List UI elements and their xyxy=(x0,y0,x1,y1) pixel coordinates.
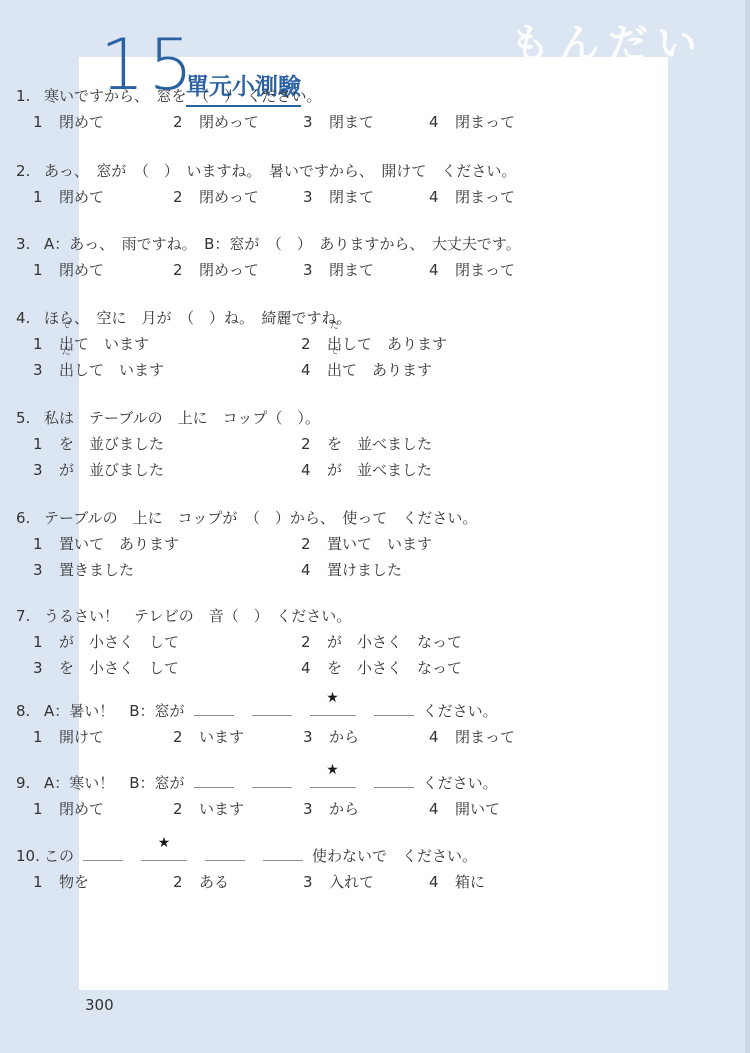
question-5-options: 1を 並びました 2を 並べました 3が 並びました 4が 並べました xyxy=(33,431,730,483)
question-text: 私は テーブルの 上に コップ（ ）。 xyxy=(44,409,320,427)
option-number: 3 xyxy=(303,184,329,210)
furigana: で xyxy=(62,322,71,331)
question-2: 2.あっ、 窓が （ ） いますね。 暑いですから、 開けて ください。 1閉め… xyxy=(16,158,730,210)
question-10-options: 1物を 2ある 3入れて 4箱に xyxy=(33,869,730,895)
option-2: 2ある xyxy=(173,869,303,895)
option-number: 2 xyxy=(301,431,327,457)
question-9-options: 1閉めて 2います 3から 4開いて xyxy=(33,796,730,822)
option-number: 1 xyxy=(33,109,59,135)
option-1: 1閉めて xyxy=(33,257,173,283)
question-6-options: 1置いて あります 2置いて います 3置きました 4置けました xyxy=(33,531,730,583)
star-icon: ★ xyxy=(158,830,171,856)
option-2: 2置いて います xyxy=(301,531,730,557)
option-1: 1閉めて xyxy=(33,184,173,210)
option-number: 4 xyxy=(429,796,455,822)
question-9-stem: 9.A：寒い！ B：窓が★ください。 xyxy=(16,770,730,796)
option-number: 4 xyxy=(301,655,327,681)
question-text: A：暑い！ B：窓が xyxy=(44,702,185,720)
option-number: 2 xyxy=(173,869,199,895)
option-number: 1 xyxy=(33,531,59,557)
option-number: 3 xyxy=(33,457,59,483)
option-number: 4 xyxy=(429,869,455,895)
option-number: 1 xyxy=(33,184,59,210)
option-number: 2 xyxy=(173,796,199,822)
question-text: A：寒い！ B：窓が xyxy=(44,774,185,792)
option-text: 閉まて xyxy=(329,261,374,279)
kanji-base: 出 xyxy=(59,361,74,379)
question-10-stem: 10.この★使わないで ください。 xyxy=(16,843,730,869)
question-number: 2. xyxy=(16,158,44,184)
question-text: テーブルの 上に コップが （ ）から、 使って ください。 xyxy=(44,509,477,527)
option-number: 3 xyxy=(303,109,329,135)
option-text: 閉まて xyxy=(329,188,374,206)
answer-blank-3-starred: ★ xyxy=(310,702,356,716)
option-number: 1 xyxy=(33,257,59,283)
answer-blank-4 xyxy=(374,702,414,716)
question-3-options: 1閉めて 2閉めって 3閉まて 4閉まって xyxy=(33,257,730,283)
question-7-stem: 7.うるさい！ テレビの 音（ ） ください。 xyxy=(16,603,730,629)
option-number: 2 xyxy=(173,109,199,135)
option-number: 2 xyxy=(301,331,327,357)
option-3: 3が 並びました xyxy=(33,457,301,483)
option-2: 2閉めって xyxy=(173,184,303,210)
option-text: を 小さく して xyxy=(59,659,179,677)
furigana: だ xyxy=(62,348,71,357)
option-text: 閉めって xyxy=(199,113,259,131)
option-text: 閉めて xyxy=(59,188,104,206)
question-number: 7. xyxy=(16,603,44,629)
option-text: 置きました xyxy=(59,561,134,579)
option-text: が 並べました xyxy=(327,461,432,479)
option-number: 2 xyxy=(301,531,327,557)
option-2: 2います xyxy=(173,796,303,822)
question-7: 7.うるさい！ テレビの 音（ ） ください。 1が 小さく して 2が 小さく… xyxy=(16,603,730,681)
star-icon: ★ xyxy=(326,685,339,711)
option-text: います xyxy=(199,728,244,746)
option-3: 3置きました xyxy=(33,557,301,583)
option-4: 4閉まって xyxy=(429,257,730,283)
option-text: 閉めって xyxy=(199,261,259,279)
question-6: 6.テーブルの 上に コップが （ ）から、 使って ください。 1置いて あり… xyxy=(16,505,730,583)
answer-blank-1 xyxy=(83,847,123,861)
option-number: 1 xyxy=(33,431,59,457)
question-text: うるさい！ テレビの 音（ ） ください。 xyxy=(44,607,351,625)
furigana: だ xyxy=(330,322,339,331)
option-3: 3入れて xyxy=(303,869,429,895)
option-text: から xyxy=(329,728,359,746)
option-3: 3閉まて xyxy=(303,184,429,210)
option-text: 閉まって xyxy=(455,728,515,746)
question-6-stem: 6.テーブルの 上に コップが （ ）から、 使って ください。 xyxy=(16,505,730,531)
option-text: ある xyxy=(199,873,229,891)
question-number: 1. xyxy=(16,83,44,109)
option-4: 4で出て あります xyxy=(301,357,730,383)
question-1-stem: 1.寒いですから、 窓を （ ） ください。 xyxy=(16,83,730,109)
option-4: 4閉まって xyxy=(429,724,730,750)
option-3: 3を 小さく して xyxy=(33,655,301,681)
question-7-options: 1が 小さく して 2が 小さく なって 3を 小さく して 4を 小さく なっ… xyxy=(33,629,730,681)
option-text: を 並びました xyxy=(59,435,164,453)
answer-blank-1 xyxy=(194,702,234,716)
option-number: 1 xyxy=(33,869,59,895)
question-text-suffix: ください。 xyxy=(423,702,498,720)
answer-blank-4 xyxy=(263,847,303,861)
option-number: 2 xyxy=(173,724,199,750)
answer-blank-3 xyxy=(205,847,245,861)
option-4: 4が 並べました xyxy=(301,457,730,483)
option-number: 4 xyxy=(301,557,327,583)
question-number: 5. xyxy=(16,405,44,431)
option-text: を 並べました xyxy=(327,435,432,453)
question-number: 4. xyxy=(16,305,44,331)
option-text: 開けて xyxy=(59,728,104,746)
question-1-options: 1閉めて 2閉めって 3閉まて 4閉まって xyxy=(33,109,730,135)
question-text: あっ、 窓が （ ） いますね。 暑いですから、 開けて ください。 xyxy=(44,162,516,180)
question-text: この xyxy=(44,847,74,865)
question-4-options: 1で出て います 2だ出して あります 3だ出して います 4で出て あります xyxy=(33,331,730,383)
option-text: を 小さく なって xyxy=(327,659,462,677)
option-text: して あります xyxy=(342,335,447,353)
option-text: が 小さく なって xyxy=(327,633,462,651)
question-3-stem: 3.A：あっ、 雨ですね。 B：窓が （ ） ありますから、 大丈夫です。 xyxy=(16,231,730,257)
option-2: 2います xyxy=(173,724,303,750)
option-number: 2 xyxy=(301,629,327,655)
option-text: 閉めって xyxy=(199,188,259,206)
option-text: から xyxy=(329,800,359,818)
option-number: 3 xyxy=(303,869,329,895)
option-number: 4 xyxy=(429,724,455,750)
question-3: 3.A：あっ、 雨ですね。 B：窓が （ ） ありますから、 大丈夫です。 1閉… xyxy=(16,231,730,283)
answer-blank-4 xyxy=(374,774,414,788)
option-4: 4閉まって xyxy=(429,184,730,210)
question-8: 8.A：暑い！ B：窓が★ください。 1開けて 2います 3から 4閉まって xyxy=(16,698,730,750)
question-number: 10. xyxy=(16,843,44,869)
option-text: て います xyxy=(74,335,149,353)
kanji-base: 出 xyxy=(327,361,342,379)
option-text: 置いて います xyxy=(327,535,432,553)
question-text-suffix: ください。 xyxy=(423,774,498,792)
option-number: 4 xyxy=(429,109,455,135)
question-10: 10.この★使わないで ください。 1物を 2ある 3入れて 4箱に xyxy=(16,843,730,895)
star-icon: ★ xyxy=(326,757,339,783)
option-text: 入れて xyxy=(329,873,374,891)
question-4: 4.ほら、 空に 月が （ ）ね。 綺麗ですね。 1で出て います 2だ出して … xyxy=(16,305,730,383)
option-4: 4開いて xyxy=(429,796,730,822)
option-2: 2を 並べました xyxy=(301,431,730,457)
option-2: 2が 小さく なって xyxy=(301,629,730,655)
question-1: 1.寒いですから、 窓を （ ） ください。 1閉めて 2閉めって 3閉まて 4… xyxy=(16,83,730,135)
kanji-with-furigana: だ出 xyxy=(59,357,74,383)
option-1: 1を 並びました xyxy=(33,431,301,457)
question-number: 9. xyxy=(16,770,44,796)
question-8-options: 1開けて 2います 3から 4閉まって xyxy=(33,724,730,750)
option-text: 開いて xyxy=(455,800,500,818)
question-5: 5.私は テーブルの 上に コップ（ ）。 1を 並びました 2を 並べました … xyxy=(16,405,730,483)
option-text: が 並びました xyxy=(59,461,164,479)
question-2-stem: 2.あっ、 窓が （ ） いますね。 暑いですから、 開けて ください。 xyxy=(16,158,730,184)
option-text: 閉めて xyxy=(59,800,104,818)
option-3: 3だ出して います xyxy=(33,357,301,383)
question-text: A：あっ、 雨ですね。 B：窓が （ ） ありますから、 大丈夫です。 xyxy=(44,235,521,253)
option-text: 置けました xyxy=(327,561,402,579)
option-4: 4置けました xyxy=(301,557,730,583)
option-2: 2閉めって xyxy=(173,109,303,135)
question-text: ほら、 空に 月が （ ）ね。 綺麗ですね。 xyxy=(44,309,352,327)
option-1: 1物を xyxy=(33,869,173,895)
option-text: 物を xyxy=(59,873,89,891)
option-1: 1閉めて xyxy=(33,109,173,135)
question-text: 寒いですから、 窓を （ ） ください。 xyxy=(44,87,322,105)
option-text: 閉まって xyxy=(455,261,515,279)
option-text: います xyxy=(199,800,244,818)
option-text: 置いて あります xyxy=(59,535,179,553)
answer-blank-1 xyxy=(194,774,234,788)
option-number: 4 xyxy=(429,184,455,210)
option-1: 1が 小さく して xyxy=(33,629,301,655)
question-number: 3. xyxy=(16,231,44,257)
answer-blank-2 xyxy=(252,774,292,788)
answer-blank-2 xyxy=(252,702,292,716)
option-number: 3 xyxy=(33,557,59,583)
furigana: で xyxy=(330,348,339,357)
option-number: 3 xyxy=(33,655,59,681)
option-text: が 小さく して xyxy=(59,633,179,651)
question-5-stem: 5.私は テーブルの 上に コップ（ ）。 xyxy=(16,405,730,431)
option-number: 3 xyxy=(303,257,329,283)
page-number: 300 xyxy=(85,996,114,1014)
option-3: 3から xyxy=(303,796,429,822)
option-number: 3 xyxy=(303,724,329,750)
question-2-options: 1閉めて 2閉めって 3閉まて 4閉まって xyxy=(33,184,730,210)
option-3: 3から xyxy=(303,724,429,750)
option-number: 3 xyxy=(303,796,329,822)
option-4: 4箱に xyxy=(429,869,730,895)
option-number: 1 xyxy=(33,796,59,822)
option-number: 4 xyxy=(301,357,327,383)
option-number: 2 xyxy=(173,257,199,283)
option-3: 3閉まて xyxy=(303,257,429,283)
option-4: 4閉まって xyxy=(429,109,730,135)
answer-blank-2-starred: ★ xyxy=(141,847,187,861)
option-text: して います xyxy=(74,361,164,379)
option-2: 2閉めって xyxy=(173,257,303,283)
option-1: 1閉めて xyxy=(33,796,173,822)
option-number: 4 xyxy=(301,457,327,483)
option-number: 4 xyxy=(429,257,455,283)
option-text: 閉めて xyxy=(59,113,104,131)
option-number: 1 xyxy=(33,629,59,655)
question-9: 9.A：寒い！ B：窓が★ください。 1閉めて 2います 3から 4開いて xyxy=(16,770,730,822)
option-text: て あります xyxy=(342,361,432,379)
question-number: 6. xyxy=(16,505,44,531)
option-text: 閉まって xyxy=(455,113,515,131)
question-8-stem: 8.A：暑い！ B：窓が★ください。 xyxy=(16,698,730,724)
option-1: 1開けて xyxy=(33,724,173,750)
question-4-stem: 4.ほら、 空に 月が （ ）ね。 綺麗ですね。 xyxy=(16,305,730,331)
option-text: 閉まて xyxy=(329,113,374,131)
option-text: 閉まって xyxy=(455,188,515,206)
option-text: 閉めて xyxy=(59,261,104,279)
option-number: 3 xyxy=(33,357,59,383)
option-number: 1 xyxy=(33,331,59,357)
option-number: 1 xyxy=(33,724,59,750)
option-1: 1で出て います xyxy=(33,331,301,357)
option-3: 3閉まて xyxy=(303,109,429,135)
quiz-content: 1.寒いですから、 窓を （ ） ください。 1閉めて 2閉めって 3閉まて 4… xyxy=(0,0,750,895)
option-4: 4を 小さく なって xyxy=(301,655,730,681)
question-text-suffix: 使わないで ください。 xyxy=(312,847,477,865)
answer-blank-3-starred: ★ xyxy=(310,774,356,788)
option-number: 2 xyxy=(173,184,199,210)
option-2: 2だ出して あります xyxy=(301,331,730,357)
option-text: 箱に xyxy=(455,873,485,891)
question-number: 8. xyxy=(16,698,44,724)
option-1: 1置いて あります xyxy=(33,531,301,557)
kanji-with-furigana: で出 xyxy=(327,357,342,383)
